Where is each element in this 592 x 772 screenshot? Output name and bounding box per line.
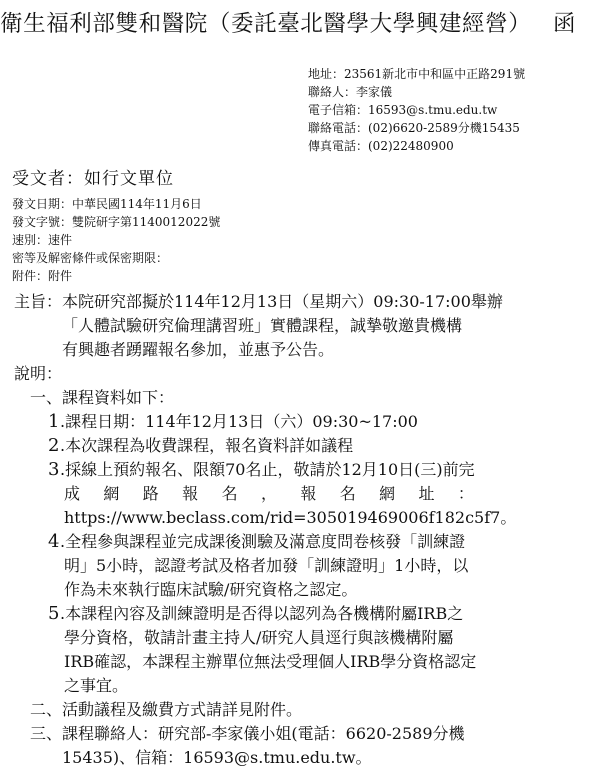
- contact-email: 電子信箱：16593@s.tmu.edu.tw: [308, 101, 497, 119]
- document-number: 發文字號：雙院研字第1140012022號: [12, 214, 220, 230]
- item-line: .全程參與課程並完成課後測驗及滿意度問卷核發「訓練證: [60, 530, 465, 554]
- recipient: 受文者：如行文單位: [12, 164, 174, 189]
- item-line: .本次課程為收費課程，報名資料詳如議程: [60, 434, 353, 458]
- item-line: .本課程內容及訓練證明是否得以認列為各機構附屬IRB之: [60, 602, 463, 626]
- item-line: .採線上預約報名、限額70名止，敬請於12月10日(三)前完: [60, 458, 475, 482]
- item-line: 明」5小時，認證考試及格者加發「訓練證明」1小時，以: [64, 554, 468, 578]
- contact-phone: 聯絡電話：(02)6620-2589分機15435: [308, 119, 520, 137]
- item-line: 學分資格，敬請計畫主持人/研究人員逕行與該機構附屬: [64, 626, 453, 650]
- contact-email-link[interactable]: 15435)、信箱：16593@s.tmu.edu.tw。: [62, 746, 372, 770]
- explanation-label: 說明：: [14, 362, 62, 386]
- item-line: .課程日期：114年12月13日（六）09:30~17:00: [60, 410, 418, 434]
- speed-class: 速別：速件: [12, 232, 72, 248]
- registration-url-link[interactable]: https://www.beclass.com/rid=305019469006…: [64, 506, 516, 530]
- contact-person: 聯絡人：李家儀: [308, 83, 392, 101]
- subject-line: 本院研究部擬於114年12月13日（星期六）09:30-17:00舉辦: [62, 290, 503, 314]
- issue-date: 發文日期：中華民國114年11月6日: [12, 196, 202, 212]
- item-line: IRB確認，本課程主辦單位無法受理個人IRB學分資格認定: [64, 650, 476, 674]
- section-text: 課程資料如下：: [62, 386, 174, 410]
- item-line: 之事宜。: [64, 674, 128, 698]
- contact-address: 地址：23561新北市中和區中正路291號: [308, 65, 525, 83]
- section-number: 三、: [30, 722, 62, 746]
- section-number: 二、: [30, 698, 62, 722]
- section-text: 活動議程及繳費方式請詳見附件。: [62, 698, 302, 722]
- item-line-justified: 成 網 路 報 名 ， 報 名 網 址 ：: [64, 482, 474, 506]
- item-number: 4: [48, 530, 59, 554]
- attachments: 附件：附件: [12, 268, 72, 284]
- document-type-label: 函: [553, 6, 576, 38]
- section-number: 一、: [30, 386, 62, 410]
- subject-label: 主旨：: [14, 290, 62, 314]
- contact-fax: 傳真電話：(02)22480900: [308, 137, 454, 155]
- subject-line: 有興趣者踴躍報名參加，並惠予公告。: [62, 338, 334, 362]
- item-number: 3: [48, 458, 59, 482]
- item-number: 2: [48, 434, 59, 458]
- section-text: 課程聯絡人：研究部-李家儀小姐(電話：6620-2589分機: [62, 722, 465, 746]
- item-line: 作為未來執行臨床試驗/研究資格之認定。: [64, 578, 357, 602]
- subject-line: 「人體試驗研究倫理講習班」實體課程，誠摯敬邀貴機構: [62, 314, 462, 338]
- item-number: 5: [48, 602, 59, 626]
- item-number: 1: [48, 410, 59, 434]
- confidentiality: 密等及解密條件或保密期限：: [12, 250, 168, 266]
- document-issuer-title: 衛生福利部雙和醫院（委託臺北醫學大學興建經營）: [0, 6, 531, 38]
